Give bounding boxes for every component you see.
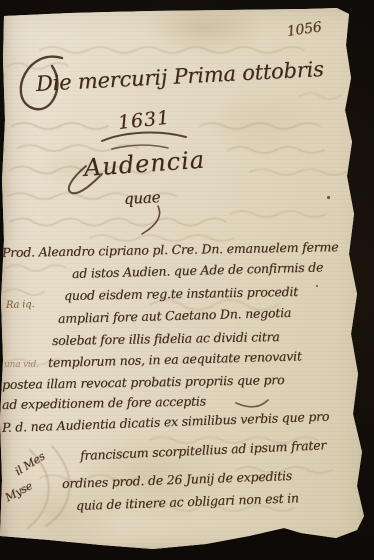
date-line: Die mercurij Prima ottobris bbox=[35, 57, 324, 96]
year: 1631 bbox=[117, 107, 171, 134]
manuscript-line: templorum nos, in ea aequitate renovavit bbox=[48, 348, 302, 370]
manuscript-line: franciscum scorpitellius ad ipsum frater bbox=[80, 437, 327, 463]
section-subheading: quae bbox=[124, 188, 161, 208]
section-heading: Audencia bbox=[83, 146, 206, 182]
manuscript-line: P. d. nea Audientia dicatis ex similibus… bbox=[2, 409, 330, 435]
margin-note: il Mes bbox=[13, 450, 48, 478]
folio-number: 1056 bbox=[286, 19, 323, 40]
manuscript-line: ampliari fore aut Caetano Dn. negotia bbox=[58, 305, 292, 326]
margin-note: Myse bbox=[3, 479, 35, 504]
manuscript-page: 1056 Die mercurij Prima ottobris 1631 Au… bbox=[0, 0, 374, 560]
manuscript-line: solebat fore illis fidelia ac dividi cit… bbox=[52, 329, 280, 348]
ink-speck bbox=[327, 196, 330, 199]
ink-speck bbox=[316, 285, 318, 287]
margin-note: una vid. bbox=[4, 360, 39, 370]
manuscript-line: ordines prod. de 26 Junij de expeditis bbox=[62, 468, 292, 491]
manuscript-line: Prod. Aleandro cipriano pl. Cre. Dn. ema… bbox=[2, 239, 339, 260]
manuscript-line: postea illam revocat probatis propriis q… bbox=[2, 372, 285, 392]
manuscript-line: ad expeditionem de fore acceptis bbox=[2, 393, 206, 412]
manuscript-line: quod eisdem reg.te instantiis procedit bbox=[64, 284, 298, 303]
manuscript-photo: 1056 Die mercurij Prima ottobris 1631 Au… bbox=[0, 0, 374, 560]
manuscript-line: ad istos Audien. que Ade de confirmis de bbox=[72, 259, 324, 281]
margin-note: Ra iq. bbox=[6, 299, 35, 311]
manuscript-line: quia de itinere ac obligari non est in bbox=[76, 490, 299, 513]
